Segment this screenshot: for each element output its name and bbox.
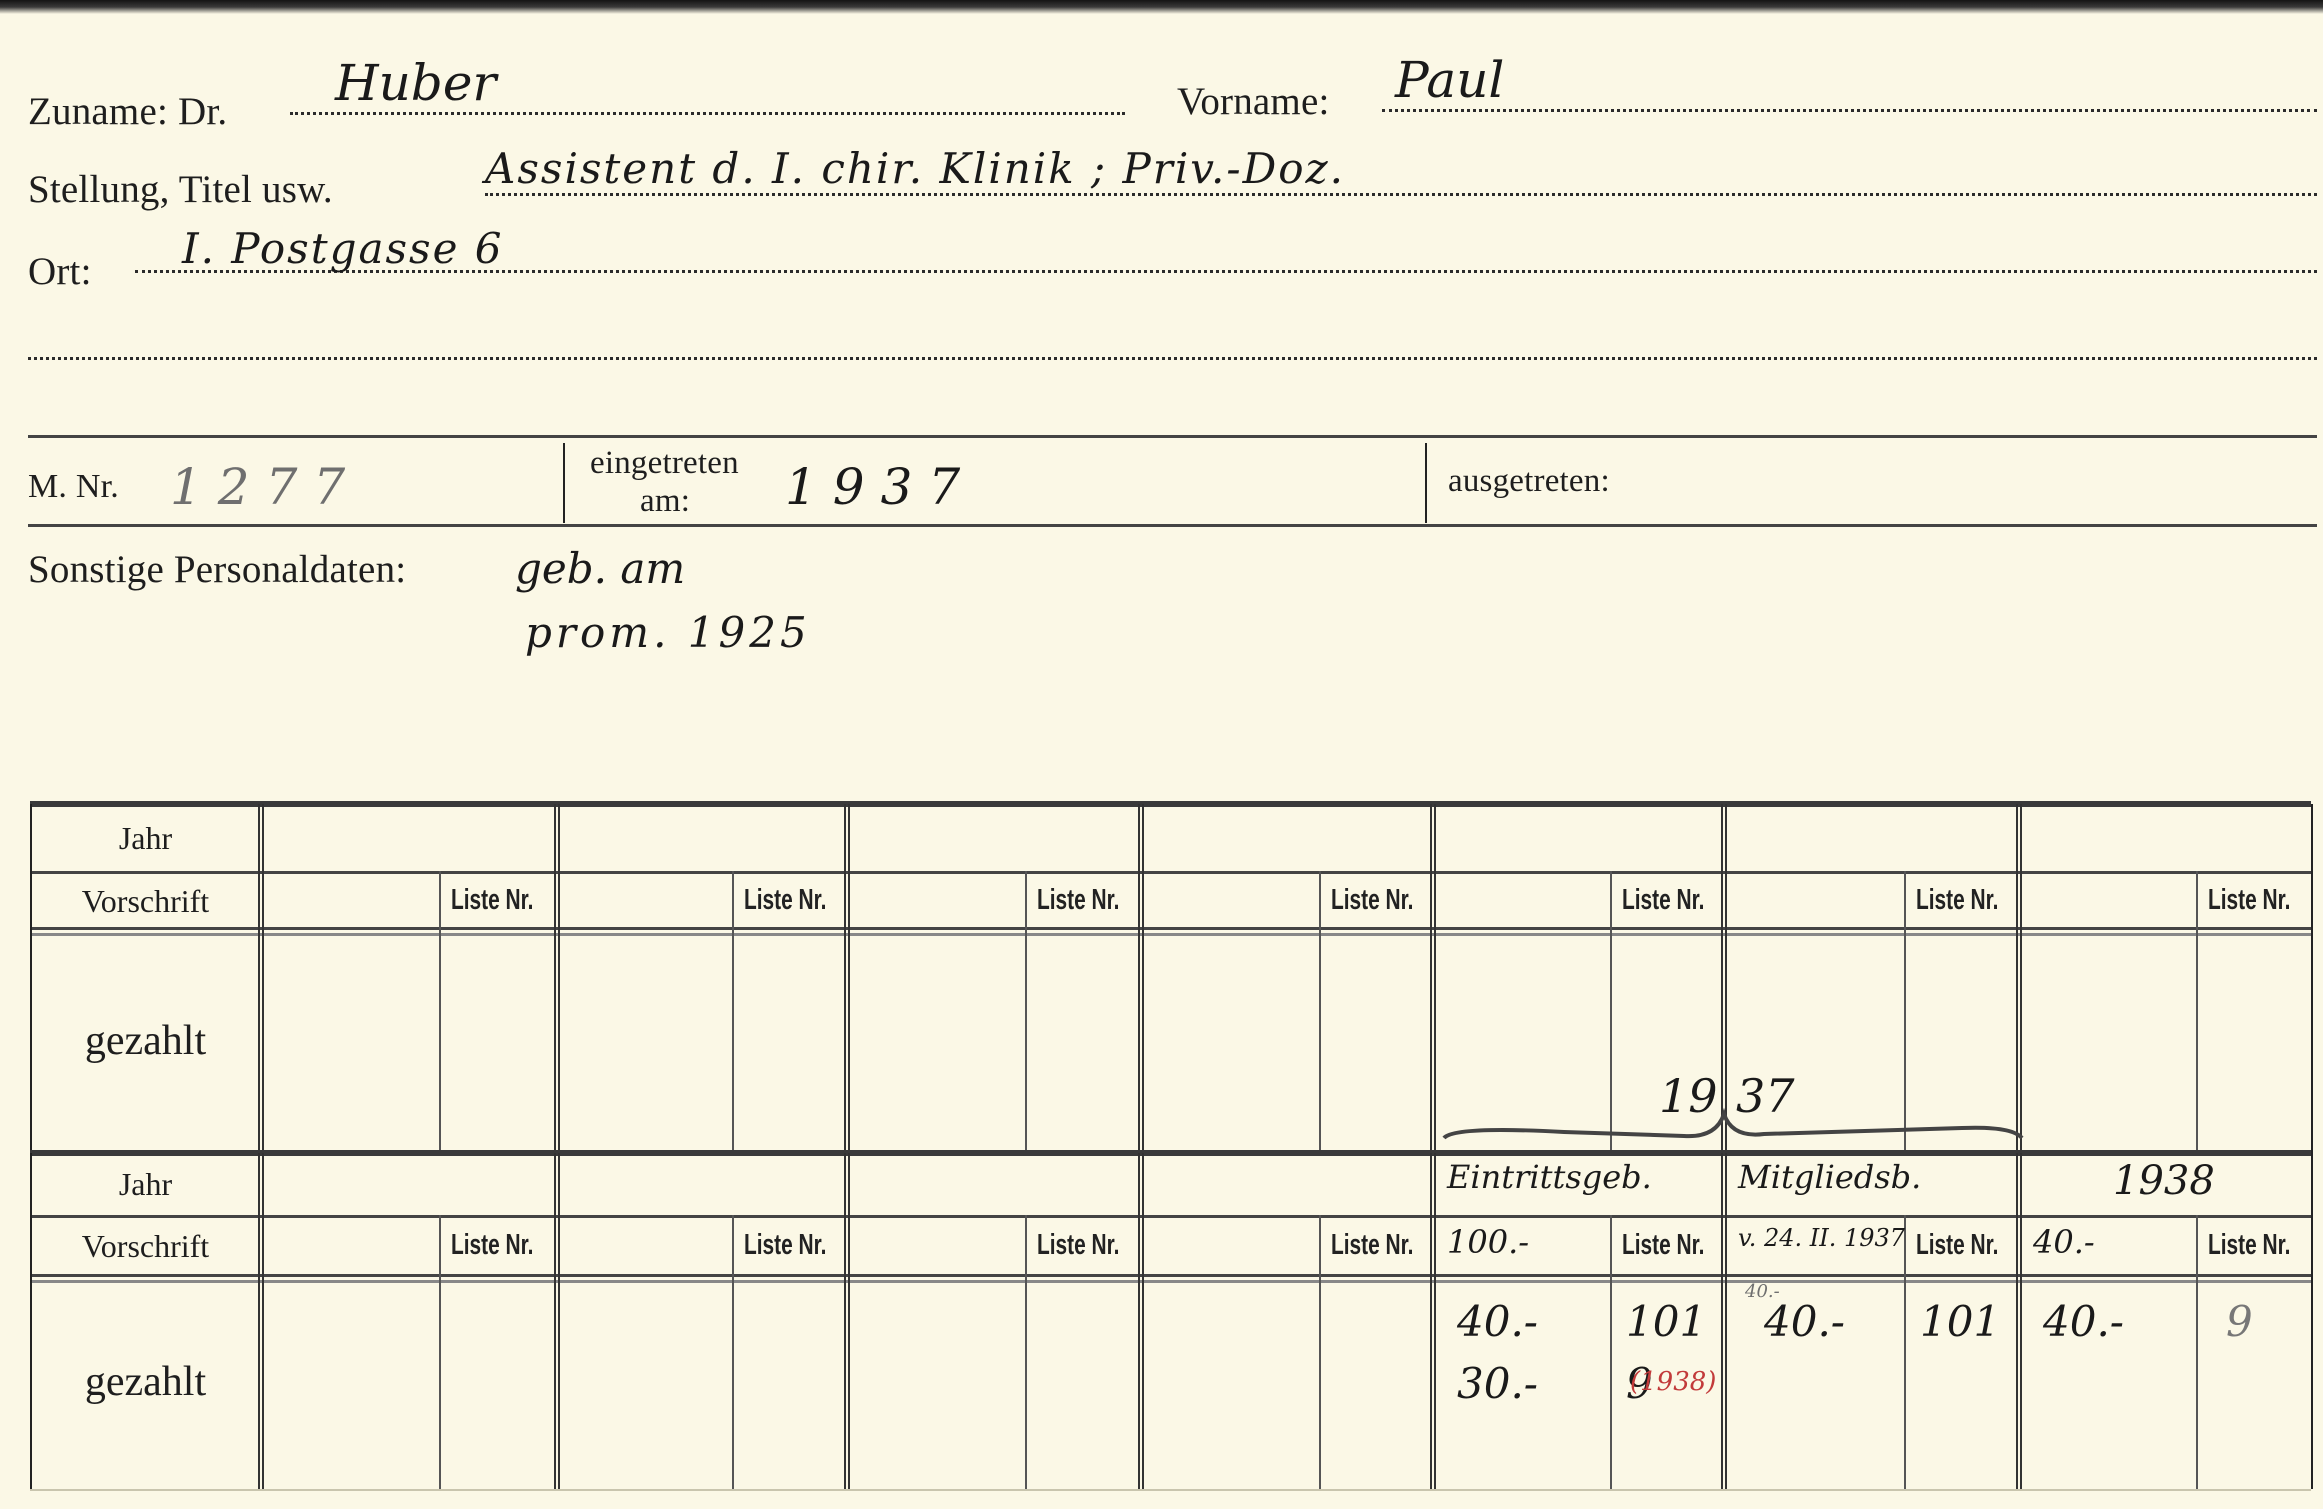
- subcolumn-divider: [732, 871, 734, 1153]
- subcolumn-divider: [1904, 871, 1906, 1153]
- row-label-vorschrift: Vorschrift: [30, 885, 261, 917]
- subcolumn-divider: [1025, 871, 1027, 1153]
- sonstige-line1: geb. am: [515, 548, 685, 590]
- row-label-jahr: Jahr: [30, 822, 261, 854]
- gezahlt-amount: 40.-: [1457, 1301, 1538, 1343]
- table-rule: [30, 927, 2311, 930]
- subcolumn-divider: [732, 1215, 734, 1489]
- gezahlt-amount: 30.-: [1457, 1363, 1538, 1405]
- subcolumn-divider: [1610, 871, 1612, 1153]
- liste-nr-label: Liste Nr.: [1331, 1231, 1413, 1260]
- vorname-value: Paul: [1395, 55, 1504, 105]
- sonstige-label: Sonstige Personaldaten:: [28, 550, 406, 589]
- liste-nr-label: Liste Nr.: [1916, 1231, 1998, 1260]
- column-divider: [1721, 1153, 1727, 1489]
- row-label-gezahlt: gezahlt: [30, 1020, 261, 1062]
- liste-nr-label: Liste Nr.: [1331, 886, 1413, 915]
- subcolumn-divider: [2196, 871, 2198, 1153]
- table-rule: [30, 933, 2311, 936]
- mnr-label: M. Nr.: [28, 470, 119, 504]
- column-divider: [1138, 804, 1144, 1153]
- column-divider: [258, 804, 264, 1153]
- jahr-entry: Eintrittsgeb.: [1447, 1161, 1652, 1193]
- eingetreten-am-label: am:: [640, 485, 690, 518]
- gezahlt-amount: 40.-: [2043, 1301, 2124, 1343]
- liste-nr-label: Liste Nr.: [2208, 886, 2290, 915]
- subcolumn-divider: [1904, 1215, 1906, 1489]
- column-divider: [1721, 804, 1727, 1153]
- mnr-row-bottom-rule: [28, 524, 2317, 527]
- liste-nr-label: Liste Nr.: [744, 1231, 826, 1260]
- mnr-value: 1277: [170, 462, 361, 512]
- gezahlt-liste-nr: 101: [1626, 1301, 1706, 1343]
- table-rule: [30, 1274, 2311, 1277]
- liste-nr-label: Liste Nr.: [1916, 886, 1998, 915]
- jahr-entry: 1938: [2113, 1161, 2215, 1201]
- row-label-jahr: Jahr: [30, 1168, 261, 1200]
- column-divider: [844, 804, 850, 1153]
- upper-year-left: 19: [1659, 1073, 1718, 1119]
- mnr-divider: [563, 443, 565, 523]
- subcolumn-divider: [1319, 1215, 1321, 1489]
- sonstige-line2: prom. 1925: [525, 612, 811, 654]
- scan-top-edge: [0, 0, 2323, 14]
- blank-line: [28, 357, 2317, 360]
- liste-nr-label: Liste Nr.: [451, 1231, 533, 1260]
- zuname-line: [290, 112, 1125, 115]
- upper-year-right: 37: [1736, 1073, 1795, 1119]
- table-border-left: [30, 804, 32, 1153]
- stellung-label: Stellung, Titel usw.: [28, 170, 333, 209]
- column-divider: [2016, 1153, 2022, 1489]
- column-divider: [844, 1153, 850, 1489]
- gezahlt-amount: 40.-: [1764, 1301, 1845, 1343]
- subcolumn-divider: [1025, 1215, 1027, 1489]
- table-border-right: [2311, 804, 2313, 1153]
- liste-nr-label: Liste Nr.: [744, 886, 826, 915]
- jahr-entry: Mitgliedsb.: [1738, 1161, 1921, 1193]
- table-rule: [30, 871, 2311, 874]
- column-divider: [554, 804, 560, 1153]
- column-divider: [1430, 804, 1436, 1153]
- liste-nr-label: Liste Nr.: [1037, 886, 1119, 915]
- stellung-value: Assistent d. I. chir. Klinik ; Priv.-Doz…: [485, 148, 1345, 190]
- zuname-label: Zuname: Dr.: [28, 92, 227, 131]
- table-rule: [30, 801, 2311, 807]
- vorschrift-entry: 100.-: [1447, 1226, 1529, 1258]
- subcolumn-divider: [439, 871, 441, 1153]
- ort-label: Ort:: [28, 252, 92, 291]
- vorschrift-entry: v. 24. II. 1937: [1738, 1226, 1905, 1250]
- eingetreten-value: 1937: [785, 462, 976, 512]
- liste-nr-label: Liste Nr.: [1037, 1231, 1119, 1260]
- subcolumn-divider: [1610, 1215, 1612, 1489]
- ausgetreten-label: ausgetreten:: [1448, 465, 1610, 498]
- eingetreten-label: eingetreten: [590, 447, 739, 480]
- column-divider: [1138, 1153, 1144, 1489]
- table-rule: [30, 1150, 2311, 1156]
- gezahlt-liste-nr: 101: [1920, 1301, 2000, 1343]
- gezahlt-liste-red-note: (1938): [1630, 1369, 1716, 1395]
- column-divider: [554, 1153, 560, 1489]
- table-bottom-rule: [30, 1489, 2311, 1491]
- column-divider: [1430, 1153, 1436, 1489]
- stellung-line: [485, 193, 2317, 196]
- liste-nr-label: Liste Nr.: [451, 886, 533, 915]
- subcolumn-divider: [439, 1215, 441, 1489]
- gezahlt-liste-nr: 9: [2226, 1301, 2253, 1343]
- column-divider: [258, 1153, 264, 1489]
- table-border-right: [2311, 1153, 2313, 1489]
- mnr-row-top-rule: [28, 435, 2317, 438]
- table-rule: [30, 1280, 2311, 1283]
- vorname-label: Vorname:: [1177, 82, 1330, 121]
- zuname-value: Huber: [335, 58, 496, 108]
- subcolumn-divider: [1319, 871, 1321, 1153]
- ort-value: I. Postgasse 6: [182, 228, 504, 270]
- row-label-gezahlt: gezahlt: [30, 1361, 261, 1403]
- vorschrift-entry: 40.-: [2033, 1226, 2095, 1258]
- table-border-left: [30, 1153, 32, 1489]
- column-divider: [2016, 804, 2022, 1153]
- subcolumn-divider: [2196, 1215, 2198, 1489]
- liste-nr-label: Liste Nr.: [2208, 1231, 2290, 1260]
- liste-nr-label: Liste Nr.: [1622, 1231, 1704, 1260]
- row-label-vorschrift: Vorschrift: [30, 1230, 261, 1262]
- table-rule: [30, 1215, 2311, 1218]
- vorname-line: [1382, 109, 2317, 112]
- eingetreten-divider: [1425, 443, 1427, 523]
- liste-nr-label: Liste Nr.: [1622, 886, 1704, 915]
